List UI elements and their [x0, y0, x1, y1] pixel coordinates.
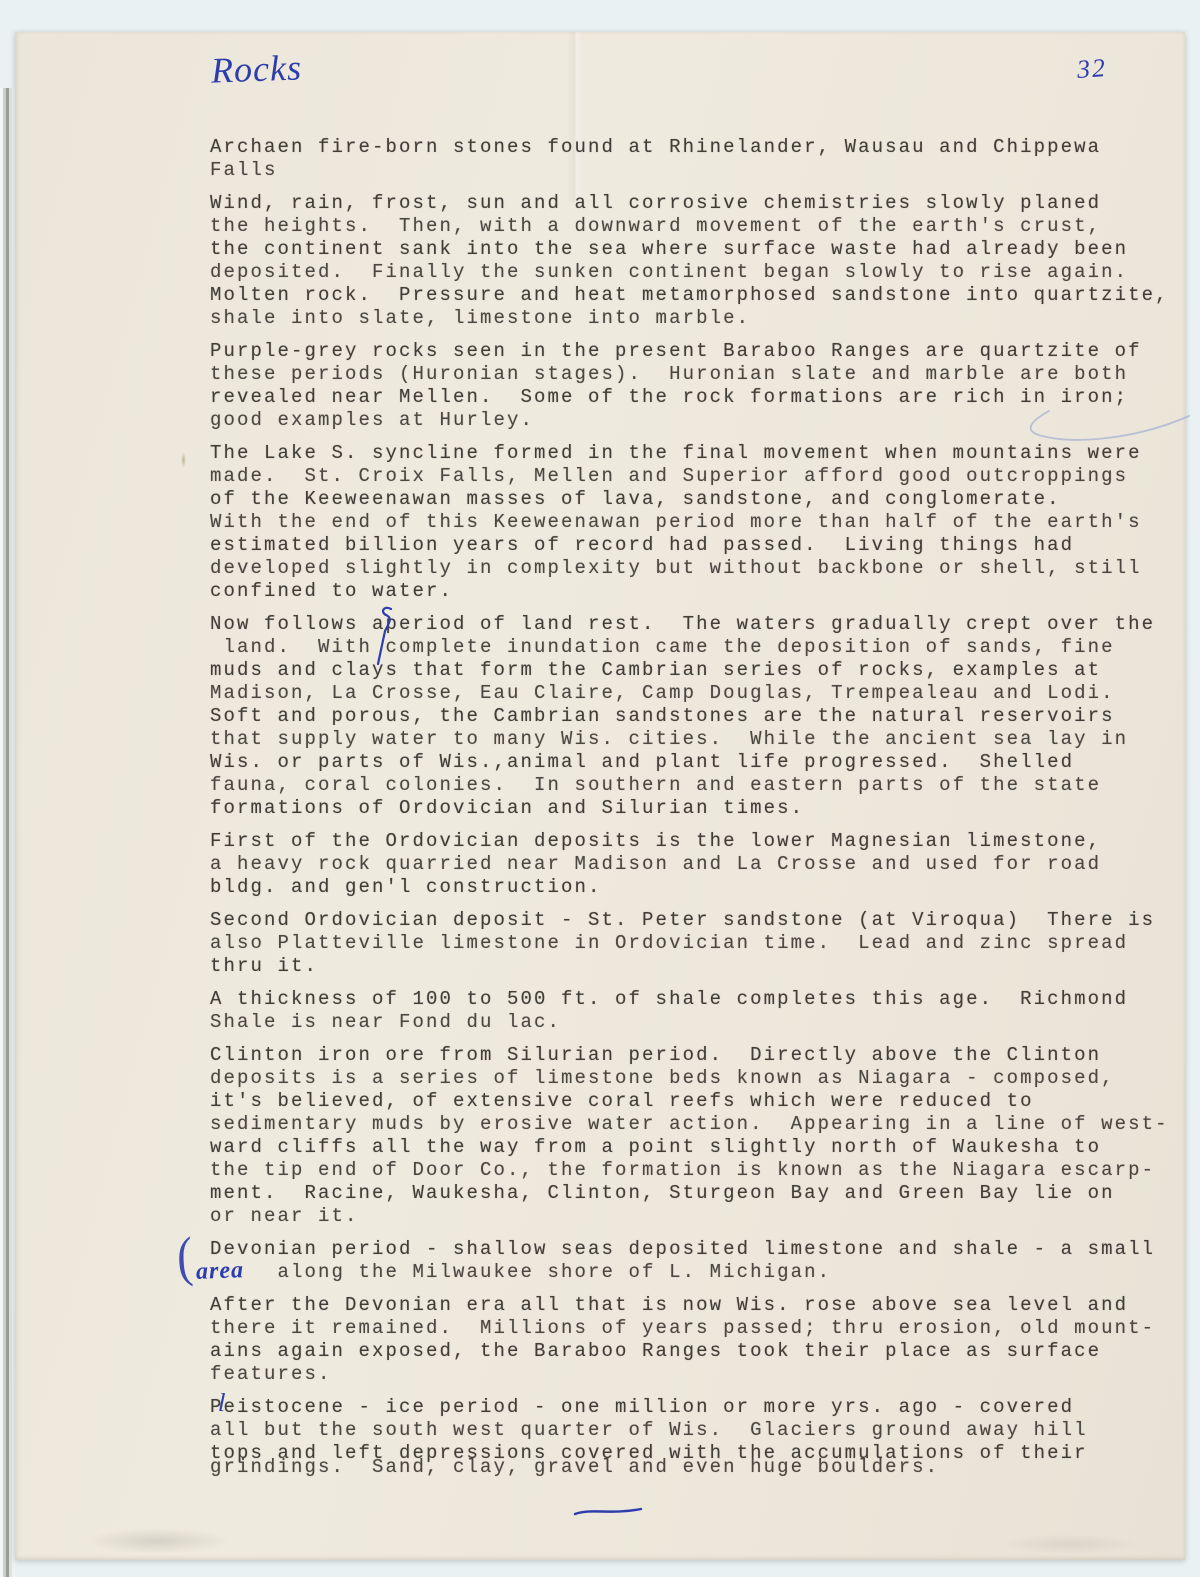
typed-line: of the Keeweenawan masses of lava, sands…	[210, 488, 1190, 511]
typed-line: confined to water.	[210, 580, 1190, 603]
typed-line: Clinton iron ore from Silurian period. D…	[210, 1044, 1190, 1067]
paragraph: Clinton iron ore from Silurian period. D…	[210, 1044, 1190, 1228]
paragraph: Now follows aperiod of land rest. The wa…	[210, 613, 1190, 820]
typed-line: fauna, coral colonies. In southern and e…	[210, 774, 1190, 797]
typed-line: First of the Ordovician deposits is the …	[210, 830, 1190, 853]
typed-line: Madison, La Crosse, Eau Claire, Camp Dou…	[210, 682, 1190, 705]
typed-line: Soft and porous, the Cambrian sandstones…	[210, 705, 1190, 728]
typed-line: deposits is a series of limestone beds k…	[210, 1067, 1190, 1090]
typed-line: Molten rock. Pressure and heat metamorph…	[210, 284, 1190, 307]
typed-line: Wis. or parts of Wis.,animal and plant l…	[210, 751, 1190, 774]
typed-line: land. With complete inundation came the …	[210, 636, 1190, 659]
typed-line: Devonian period - shallow seas deposited…	[210, 1238, 1190, 1261]
typed-line: Purple-grey rocks seen in the present Ba…	[210, 340, 1190, 363]
typed-line: grindings. Sand, clay, gravel and even h…	[210, 1456, 1190, 1479]
typed-line: the continent sank into the sea where su…	[210, 238, 1190, 261]
adjacent-page-edge	[0, 88, 15, 1577]
typed-line: thru it.	[210, 955, 1190, 978]
typed-line: it's believed, of extensive coral reefs …	[210, 1090, 1190, 1113]
typed-line: developed slightly in complexity but wit…	[210, 557, 1190, 580]
typed-line: the heights. Then, with a downward movem…	[210, 215, 1190, 238]
typed-line: ment. Racine, Waukesha, Clinton, Sturgeo…	[210, 1182, 1190, 1205]
typed-line: formations of Ordovician and Silurian ti…	[210, 797, 1190, 820]
typed-line: the tip end of Door Co., the formation i…	[210, 1159, 1190, 1182]
typed-line: Wind, rain, frost, sun and all corrosive…	[210, 192, 1190, 215]
pen-checkmark-swoosh-icon	[1015, 408, 1193, 452]
typed-line: With the end of this Keeweenawan period …	[210, 511, 1190, 534]
typed-line: Shale is near Fond du lac.	[210, 1011, 1190, 1034]
typed-line: there it remained. Millions of years pas…	[210, 1317, 1190, 1340]
scanned-page: Rocks 32 Archaen fire-born stones found …	[15, 32, 1185, 1560]
typed-line: Falls	[210, 159, 1190, 182]
typed-line: Now follows aperiod of land rest. The wa…	[210, 613, 1190, 636]
paragraph: After the Devonian era all that is now W…	[210, 1294, 1190, 1386]
typed-line: revealed near Mellen. Some of the rock f…	[210, 386, 1190, 409]
typed-line: all but the south west quarter of Wis. G…	[210, 1419, 1190, 1442]
typed-text: Archaen fire-born stones found at Rhinel…	[210, 136, 1190, 1489]
typed-line: estimated billion years of record had pa…	[210, 534, 1190, 557]
margin-smudge-mark	[181, 452, 186, 468]
pleistocene-l-insertion: l	[217, 1388, 225, 1418]
typed-line: a heavy rock quarried near Madison and L…	[210, 853, 1190, 876]
handwritten-title: Rocks	[210, 46, 302, 91]
paragraph: Wind, rain, frost, sun and all corrosive…	[210, 192, 1190, 330]
page-number: 32	[1076, 53, 1108, 85]
paragraph: First of the Ordovician deposits is the …	[210, 830, 1190, 899]
paragraph: A thickness of 100 to 500 ft. of shale c…	[210, 988, 1190, 1034]
typed-line: along the Milwaukee shore of L. Michigan…	[210, 1261, 1190, 1284]
typed-line: also Platteville limestone in Ordovician…	[210, 932, 1190, 955]
typed-line: made. St. Croix Falls, Mellen and Superi…	[210, 465, 1190, 488]
margin-parenthesis-mark: (	[175, 1224, 194, 1289]
pen-underline-dash-icon	[573, 1506, 643, 1518]
area-correction-handwriting: area	[196, 1257, 245, 1286]
typed-line: After the Devonian era all that is now W…	[210, 1294, 1190, 1317]
paragraph: Peistocene - ice period - one million or…	[210, 1396, 1190, 1479]
typed-line: bldg. and gen'l construction.	[210, 876, 1190, 899]
typed-line: Archaen fire-born stones found at Rhinel…	[210, 136, 1190, 159]
typed-line: Second Ordovician deposit - St. Peter sa…	[210, 909, 1190, 932]
typed-line: muds and clays that form the Cambrian se…	[210, 659, 1190, 682]
typed-line: sedimentary muds by erosive water action…	[210, 1113, 1190, 1136]
typed-line: ains again exposed, the Baraboo Ranges t…	[210, 1340, 1190, 1363]
paragraph: Devonian period - shallow seas deposited…	[210, 1238, 1190, 1284]
typed-line: Peistocene - ice period - one million or…	[210, 1396, 1190, 1419]
typed-line: deposited. Finally the sunken continent …	[210, 261, 1190, 284]
typed-line: ward cliffs all the way from a point sli…	[210, 1136, 1190, 1159]
paragraph: The Lake S. syncline formed in the final…	[210, 442, 1190, 603]
typed-line: or near it.	[210, 1205, 1190, 1228]
paragraph: Archaen fire-born stones found at Rhinel…	[210, 136, 1190, 182]
typed-line: A thickness of 100 to 500 ft. of shale c…	[210, 988, 1190, 1011]
pen-caret-insertion-icon	[370, 604, 402, 668]
smudge	[85, 1528, 230, 1554]
typed-line: these periods (Huronian stages). Huronia…	[210, 363, 1190, 386]
paragraph: Second Ordovician deposit - St. Peter sa…	[210, 909, 1190, 978]
typed-line: shale into slate, limestone into marble.	[210, 307, 1190, 330]
typed-line: that supply water to many Wis. cities. W…	[210, 728, 1190, 751]
smudge	[1000, 1534, 1140, 1554]
typed-line: features.	[210, 1363, 1190, 1386]
